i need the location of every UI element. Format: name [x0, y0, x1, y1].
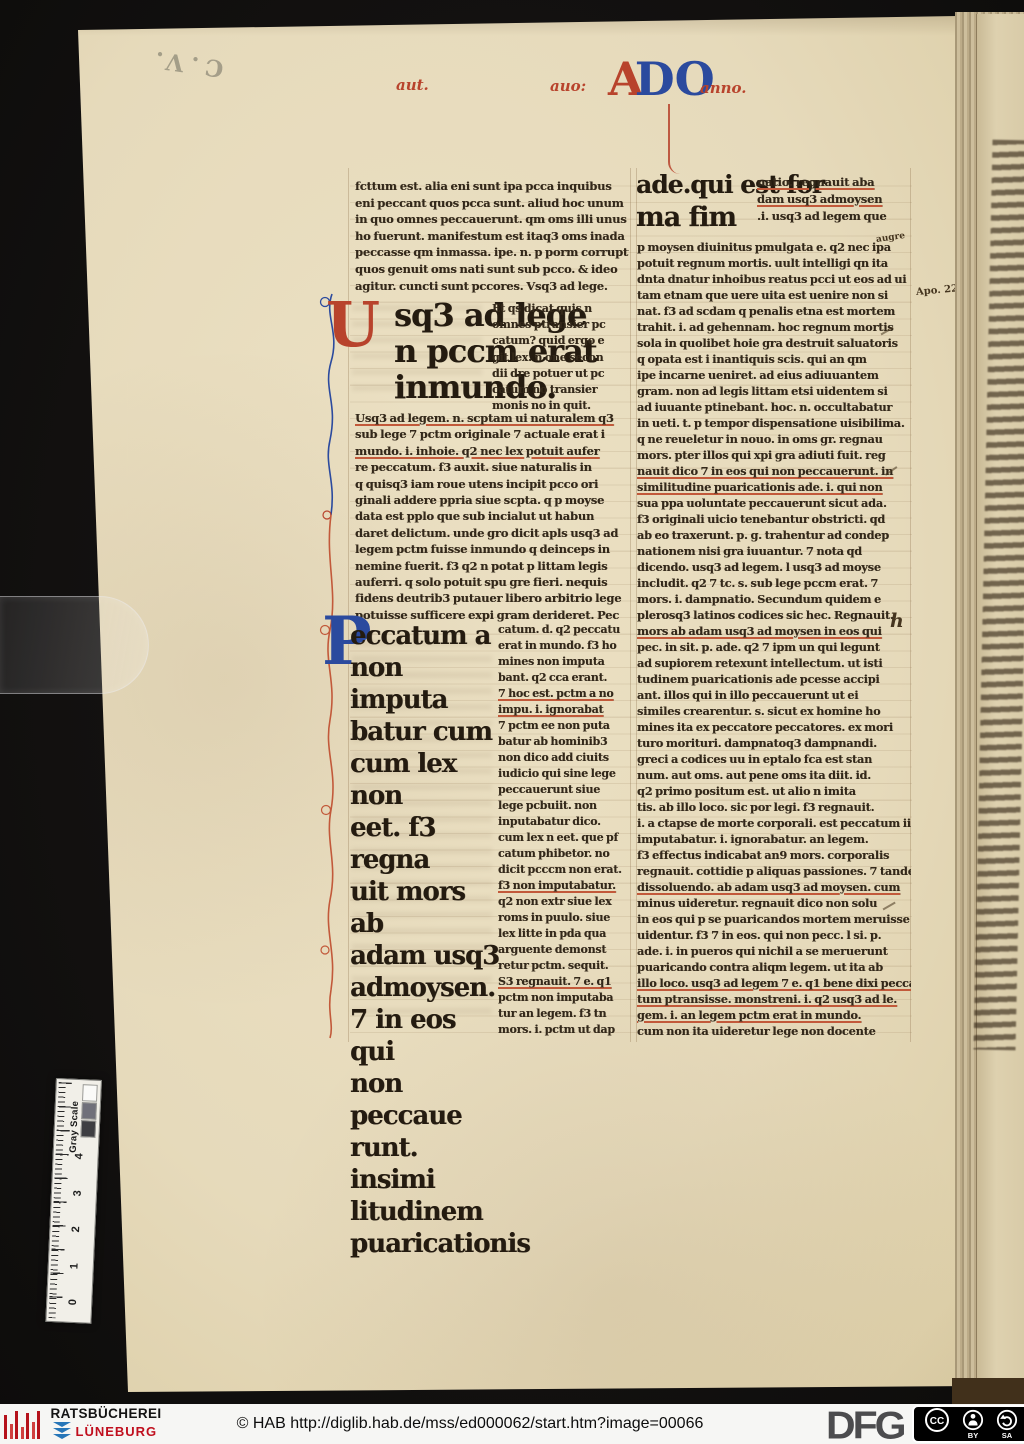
ruler-number: 1	[56, 1257, 93, 1275]
text-line: natio. regnauit aba	[757, 174, 909, 191]
text-line: nauit dico 7 in eos qui non peccauerunt.…	[637, 463, 911, 479]
right-lemma-line2: ma fim	[636, 203, 736, 233]
text-line: i. a ctapse de morte corporali. est pecc…	[637, 815, 911, 831]
text-line: potuit regnum mortis. uult intelligi qn …	[637, 255, 911, 271]
text-line: regnauit. cottidie p aliquas passiones. …	[637, 863, 911, 879]
dfg-logo[interactable]: DFG	[826, 1403, 904, 1444]
text-line: cum non ita uideretur lege non docente	[637, 1023, 911, 1039]
text-line: re peccatum. f3 auxit. siue naturalis in	[355, 459, 631, 475]
text-line: ade. i. in pueros qui nichil a se meruer…	[637, 943, 911, 959]
text-line: mines ita ex peccatore peccatores. ex mo…	[637, 719, 911, 735]
text-line: plerosq3 latinos codices sic hec. Regnau…	[637, 607, 911, 623]
text-line: sua ppa uoluntate peccauerunt sicut ada.	[637, 495, 911, 511]
manuscript-page: C.V. aut. auo: ADO anno. fcttum est. ali…	[0, 0, 1024, 1444]
text-line: dii dre potuer ut pc	[492, 366, 632, 382]
display-line: uit mors ab	[350, 876, 500, 940]
text-line: catum no transier	[492, 382, 632, 398]
text-line: tam etnam que uere uita est uenire non s…	[637, 287, 911, 303]
text-line: 7 hoc est. pctm a no	[498, 686, 632, 702]
text-line: lege pcbuiit. non	[498, 798, 632, 814]
display-line: litudinem	[350, 1196, 500, 1228]
display-line: eet. f3 regna	[350, 812, 500, 876]
text-line: fcttum est. alia eni sunt ipa pcca inqui…	[355, 178, 629, 195]
library-name-line2: LÜNEBURG	[76, 1424, 158, 1439]
text-line: tur an legem. f3 tn	[498, 1006, 632, 1022]
text-line: arguente demonst	[498, 942, 632, 958]
lemma1-side-gloss: Et qs dicat quis nomnes ptransier pccatu…	[492, 301, 632, 414]
text-line: mors ab adam usq3 ad moysen in eos qui	[637, 623, 911, 639]
ratsbuecherei-logo: RATSBÜCHEREI LÜNEBURG	[4, 1406, 162, 1440]
text-line: auferri. q solo potuit spu gre fieri. ne…	[355, 574, 631, 590]
text-line: impu. i. ignorabat	[498, 702, 632, 718]
display-line: puaricationis	[350, 1228, 500, 1260]
text-line: sub lege 7 pctm originale 7 actuale erat…	[355, 426, 631, 442]
text-line: agitur. cuncti sunt pccores. Vsq3 ad leg…	[355, 278, 629, 295]
text-line: dnta dnatur inhoibus reatus pcci ut eos …	[637, 271, 911, 287]
ruler-number: 4	[61, 1148, 98, 1166]
text-line: turo morituri. dampnatoq3 dampnandi.	[637, 735, 911, 751]
cc-license-badge[interactable]: CC BY SA	[912, 1405, 1024, 1443]
text-line: mors. i. dampnatio. Secundum quidem e	[637, 591, 911, 607]
text-line: q2 non extr siue lex	[498, 894, 632, 910]
text-line: trahit. i. ad gehennam. hoc regnum morti…	[637, 319, 911, 335]
text-line: ad supiorem retexunt intellectum. ut ist…	[637, 655, 911, 671]
text-line: eni peccant quos pcca sunt. aliud hoc un…	[355, 195, 629, 212]
text-line: ant. illos qui in illo peccauerunt ut ei	[637, 687, 911, 703]
svg-text:CC: CC	[930, 1416, 944, 1427]
text-line: S3 regnauit. 7 e. q1	[498, 974, 632, 990]
attribution-bar: RATSBÜCHEREI LÜNEBURG © HAB http://digli…	[0, 1404, 1024, 1444]
text-line: Et qs dicat quis n	[492, 301, 632, 317]
pencil-foliation-mark: C.V.	[146, 45, 225, 82]
blue-book-icon	[53, 1422, 71, 1440]
right-column-body: p moysen diuinitus pmulgata e. q2 nec ip…	[637, 239, 911, 1039]
ruler-number: 2	[58, 1220, 95, 1238]
display-line: adam usq3	[350, 940, 500, 972]
patch-darkgray	[80, 1120, 96, 1138]
text-line: Usq3 ad legem. n. scptam ui naturalem q3	[355, 410, 631, 426]
left-column-mid-gloss: Usq3 ad legem. n. scptam ui naturalem q3…	[355, 410, 631, 623]
opposite-page	[976, 14, 1024, 1390]
display-line: runt. insimi	[350, 1132, 500, 1196]
text-line: in quo omnes peccauerunt. qm oms illi un…	[355, 211, 629, 228]
running-header-left: aut.	[396, 76, 429, 94]
text-line: uidentur. f3 7 in eos. qui non pecc. l s…	[637, 927, 911, 943]
text-line: pec. in sit. p. ade. q2 7 ipm un qui leg…	[637, 639, 911, 655]
display-line: non peccaue	[350, 1068, 500, 1132]
text-line: gram. non ad legis littam etsi uidentem …	[637, 383, 911, 399]
copyright-url[interactable]: © HAB http://diglib.hab.de/mss/ed000062/…	[235, 1415, 705, 1433]
text-line: imputabatur. i. ignorabatur. an legem.	[637, 831, 911, 847]
text-line: nat. f3 ad scdam q penalis etna est mort…	[637, 303, 911, 319]
text-line: q quisq3 iam roue utens incipit pcco ori	[355, 476, 631, 492]
text-line: nemine fuerit. f3 q2 n potat p littam le…	[355, 558, 631, 574]
text-line: data est pplo que sub incialut ut habun	[355, 508, 631, 524]
text-line: puaricando contra aliqm legem. ut ita ab	[637, 959, 911, 975]
right-lemma-side-gloss: natio. regnauit abadam usq3 admoysen.i. …	[757, 174, 909, 225]
text-line: mors. pter illos qui xpi gra adiuti fuit…	[637, 447, 911, 463]
grayscale-ruler: Gray Scale 43210	[45, 1078, 102, 1324]
text-line: q ne reueletur in nouo. in oms gr. regna…	[637, 431, 911, 447]
photograph-stage: C.V. aut. auo: ADO anno. fcttum est. ali…	[0, 0, 1024, 1444]
text-line: ipe incarne ueniret. ad eius adiuuantem	[637, 367, 911, 383]
text-line: gem. i. an legem pctm erat in mundo.	[637, 1007, 911, 1023]
cc-by-label: BY	[968, 1432, 978, 1440]
text-line: roms in puulo. siue	[498, 910, 632, 926]
text-line: illo loco. usq3 ad legem 7 e. q1 bene di…	[637, 975, 911, 991]
text-line: retur pctm. sequit.	[498, 958, 632, 974]
text-line: erat in mundo. f3 ho	[498, 638, 632, 654]
text-line: tum ptransisse. monstreni. i. q2 usq3 ad…	[637, 991, 911, 1007]
text-line: similitudine puaricationis ade. i. qui n…	[637, 479, 911, 495]
text-line: ab eo traxerunt. p. g. trahentur ad cond…	[637, 527, 911, 543]
opposite-page-text	[973, 140, 1024, 1051]
display-line: cum lex non	[350, 748, 500, 812]
left-column-top-gloss: fcttum est. alia eni sunt ipa pcca inqui…	[355, 178, 629, 294]
text-line: ad iuuante ptinebant. hoc. n. occultabat…	[637, 399, 911, 415]
text-line: iudicio qui sine lege	[498, 766, 632, 782]
text-line: bant. q2 cca erant.	[498, 670, 632, 686]
text-line: catum? quid ergo e	[492, 333, 632, 349]
paragraph-mark: h	[890, 610, 904, 632]
text-line: f3 non imputabatur.	[498, 878, 632, 894]
text-line: in ueti. t. p tempor dispensatione uisib…	[637, 415, 911, 431]
lemma1-initial-U: U	[326, 294, 380, 356]
display-line: admoysen.	[350, 972, 500, 1004]
patch-white	[82, 1084, 98, 1102]
text-line: 7 pctm ee non puta	[498, 718, 632, 734]
page-holder-clip	[0, 596, 149, 694]
patch-midgray	[81, 1102, 97, 1120]
text-line: cum lex n eet. que pf	[498, 830, 632, 846]
running-header-center: auo:	[550, 77, 586, 95]
text-line: tudinem puaricationis ade pcesse accipi	[637, 671, 911, 687]
text-line: p moysen diuinitus pmulgata e. q2 nec ip…	[637, 239, 911, 255]
ruler-number: 3	[59, 1184, 96, 1202]
red-bars-icon	[4, 1407, 43, 1439]
text-line: f3 effectus indicabat an9 mors. corporal…	[637, 847, 911, 863]
lemma2-display-text: eccatum anon imputabatur cumcum lex none…	[350, 620, 500, 1260]
text-line: daret delictum. unde gro dicit apls usq3…	[355, 525, 631, 541]
text-line: peccauerunt siue	[498, 782, 632, 798]
text-line: inputabatur dico.	[498, 814, 632, 830]
text-line: includit. q2 7 tc. s. sub lege pccm erat…	[637, 575, 911, 591]
text-line: in eos qui p se puaricandos mortem merui…	[637, 911, 911, 927]
ado-monogram: ADO	[608, 56, 715, 102]
logo-text: RATSBÜCHEREI LÜNEBURG	[51, 1406, 162, 1440]
text-line: dicendo. usq3 ad legem. l usq3 ad moyse	[637, 559, 911, 575]
text-line: omnes ptransier pc	[492, 317, 632, 333]
text-line: mines non imputa	[498, 654, 632, 670]
display-line: 7 in eos qui	[350, 1004, 500, 1068]
text-line: non dico add ciuits	[498, 750, 632, 766]
text-line: mors. i. pctm ut dap	[498, 1022, 632, 1038]
text-line: git lex. n one secon	[492, 350, 632, 366]
text-line: catum phibetor. no	[498, 846, 632, 862]
text-line: .i. usq3 ad legem que	[757, 208, 909, 225]
display-line: eccatum a	[350, 620, 500, 652]
cc-icon: CC	[924, 1407, 950, 1442]
cc-by-icon: BY	[962, 1409, 984, 1440]
text-line: peccasse qm inmassa. ipe. n. p porm corr…	[355, 244, 629, 261]
text-line: batur ab hominib3	[498, 734, 632, 750]
text-line: ho fuerunt. manifestum est itaq3 oms ina…	[355, 228, 629, 245]
library-name-line1: RATSBÜCHEREI	[51, 1406, 162, 1421]
text-line: dam usq3 admoysen	[757, 191, 909, 208]
text-line: pctm non imputaba	[498, 990, 632, 1006]
book-board-edge	[952, 1378, 1024, 1406]
text-line: legem pctm fuisse inmundo q deinceps in	[355, 541, 631, 557]
text-line: dicit pcccm non erat.	[498, 862, 632, 878]
cc-sa-label: SA	[1002, 1432, 1012, 1440]
text-line: q opata est i inantiquis scis. qui an qm	[637, 351, 911, 367]
text-line: ginali addere ppria siue scpta. q p moys…	[355, 492, 631, 508]
running-header-right: anno.	[700, 79, 747, 97]
text-line: minus uideretur. regnauit dico non solu	[637, 895, 911, 911]
text-line: fidens deutrib3 putauer libero arbitrio …	[355, 590, 631, 606]
monogram-flourish-tail	[668, 104, 680, 174]
text-line: sola in quolibet hoie gra destruit salua…	[637, 335, 911, 351]
text-line: dissoluendo. ab adam usq3 ad moysen. cum	[637, 879, 911, 895]
text-line: lex litte in pda qua	[498, 926, 632, 942]
text-line: similes crearentur. s. sicut ex homine h…	[637, 703, 911, 719]
text-line: mundo. i. inhoie. q2 nec lex potuit aufe…	[355, 443, 631, 459]
text-line: quos genuit oms nati sunt sub pcco. & id…	[355, 261, 629, 278]
text-line: catum. d. q2 peccatu	[498, 622, 632, 638]
display-line: non imputa	[350, 652, 500, 716]
text-line: num. aut oms. aut pene oms ita diit. id.	[637, 767, 911, 783]
text-line: f3 originali uicio tenebantur obstricti.…	[637, 511, 911, 527]
cc-sa-icon: SA	[996, 1409, 1018, 1440]
text-line: tis. ab illo loco. sic por legi. f3 regn…	[637, 799, 911, 815]
lemma2-side-gloss: catum. d. q2 peccatuerat in mundo. f3 ho…	[498, 622, 632, 1038]
grayscale-patches	[80, 1084, 97, 1139]
text-line: greci a codices uu in eptalo fca est sta…	[637, 751, 911, 767]
text-line: nationem nisi gra iuuantur. 7 nota qd	[637, 543, 911, 559]
text-line: q2 primo positum est. ut alio n imita	[637, 783, 911, 799]
ruler-number: 0	[55, 1293, 92, 1311]
display-line: batur cum	[350, 716, 500, 748]
